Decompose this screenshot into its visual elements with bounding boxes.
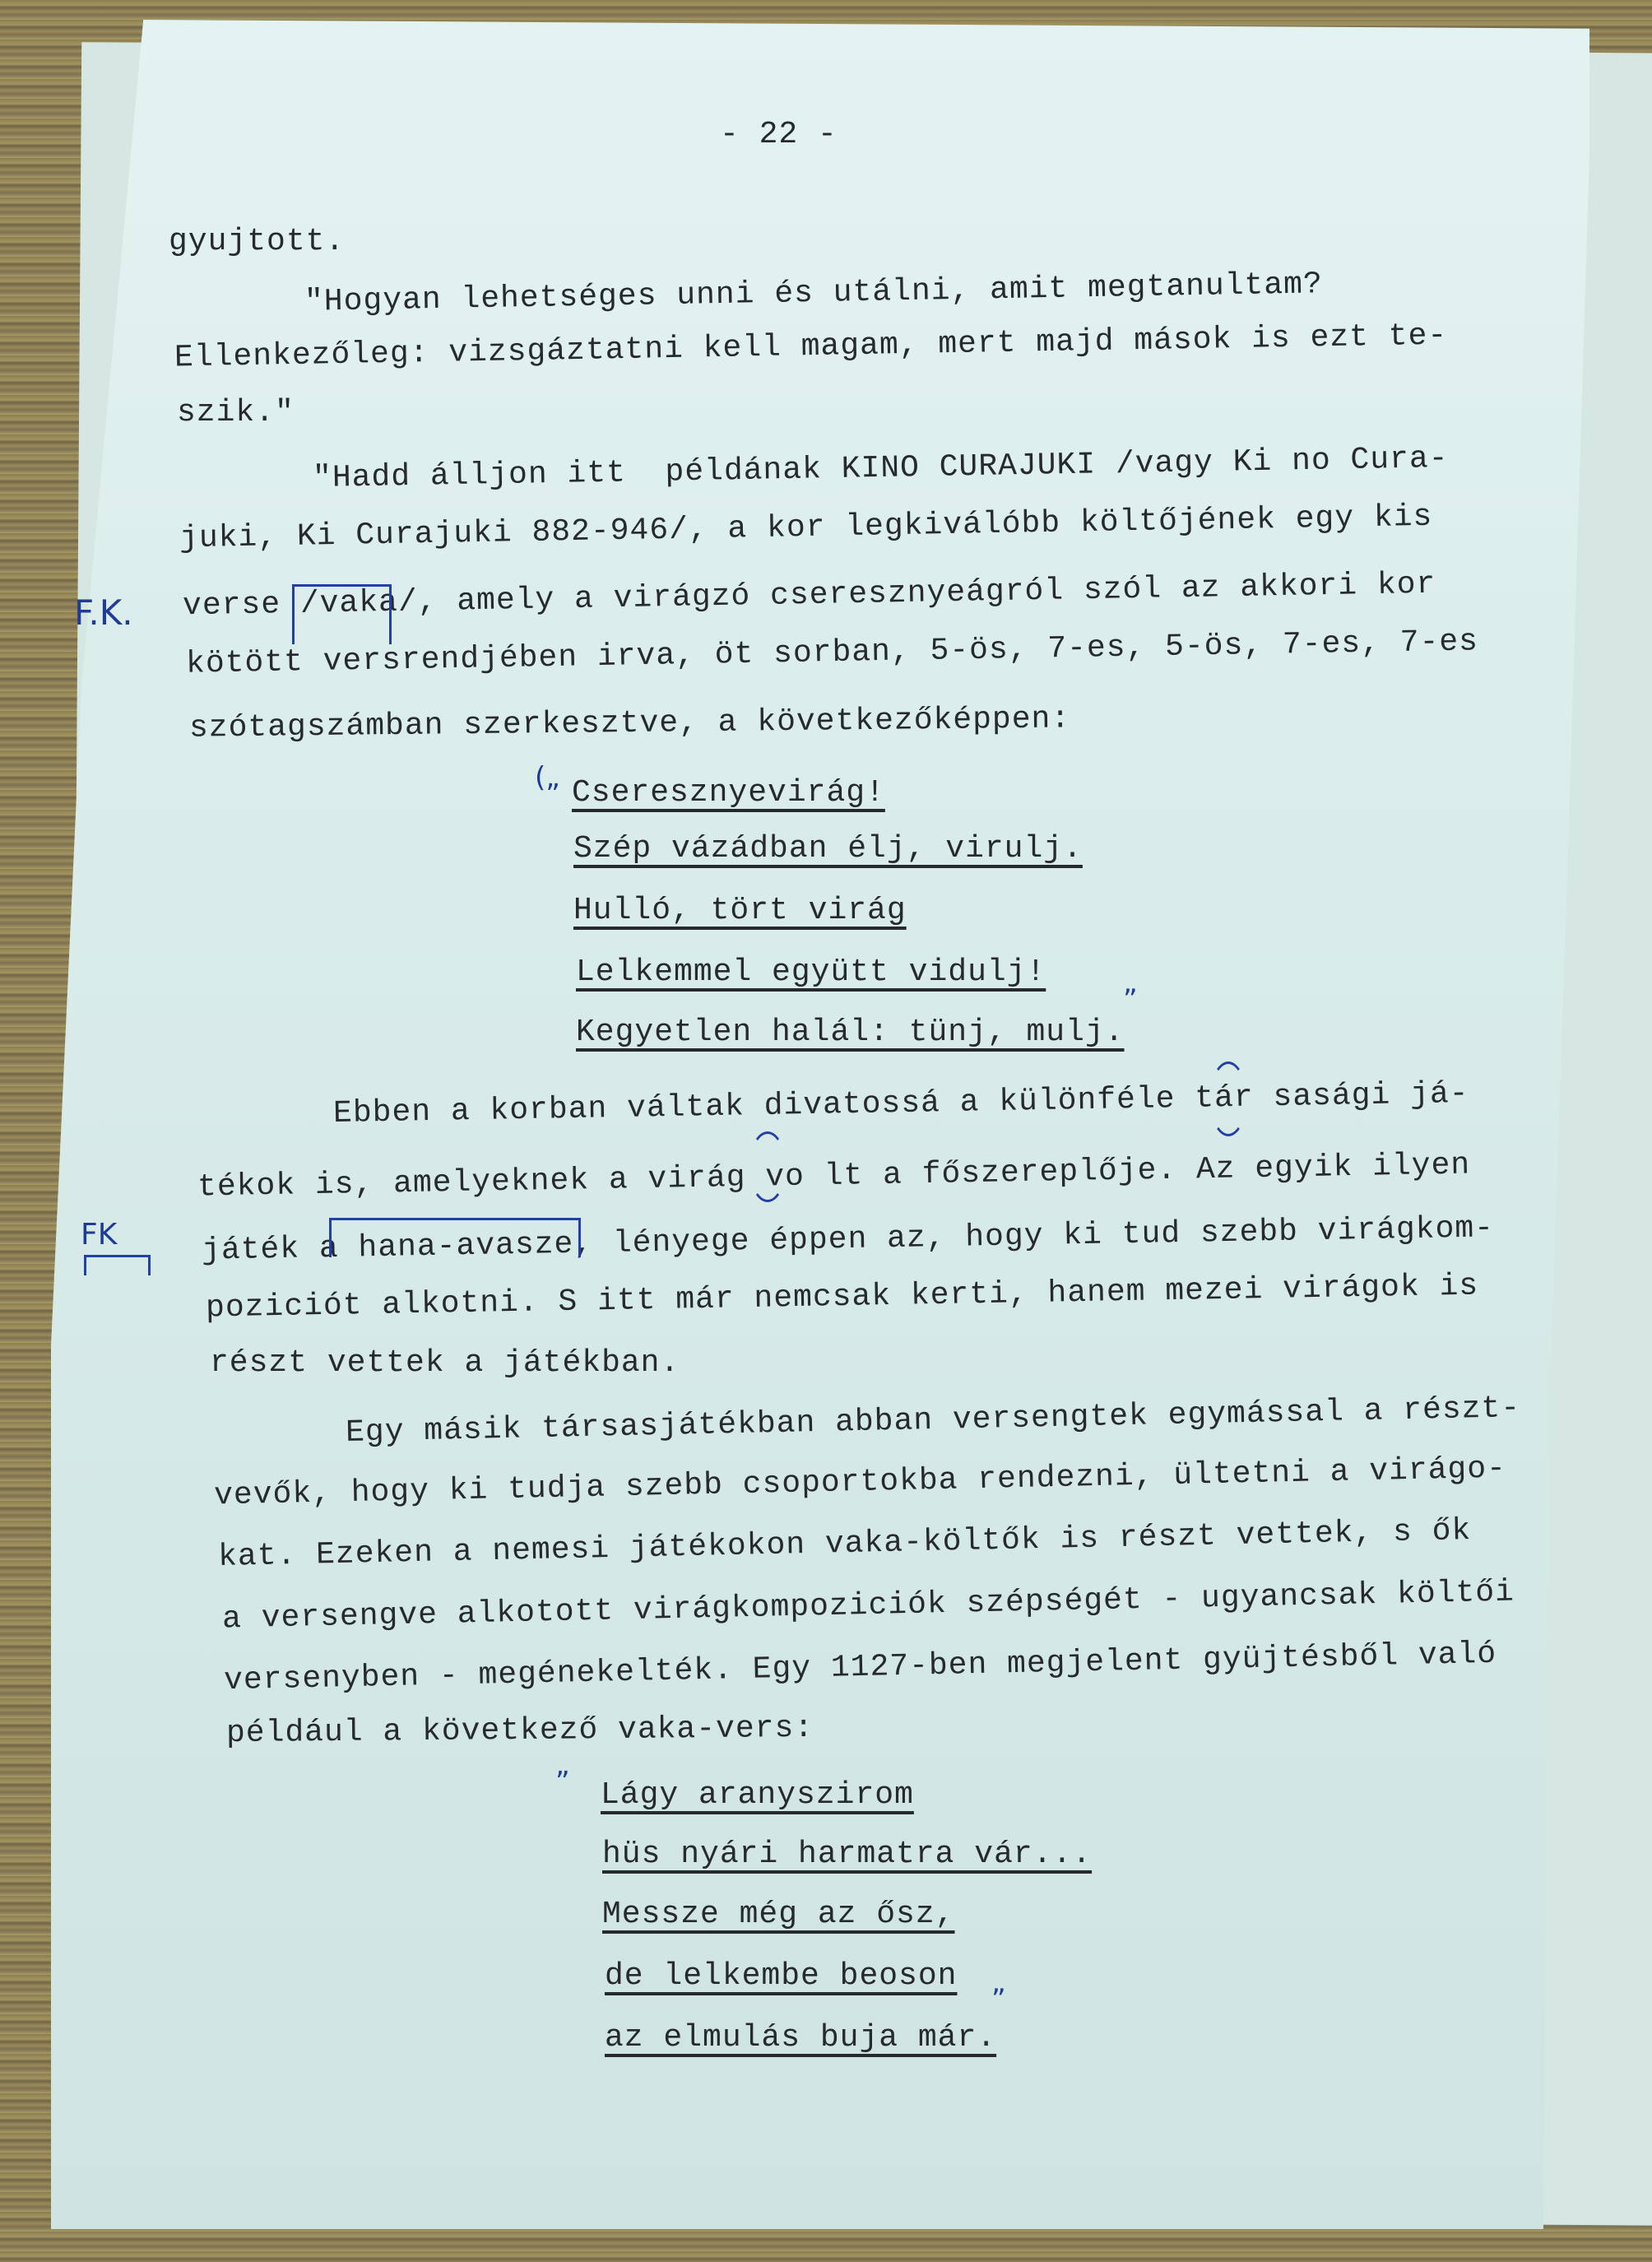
- text-line: részt vettek a játékban.: [210, 1345, 680, 1381]
- poem-line: hüs nyári harmatra vár...: [602, 1837, 1092, 1872]
- poem-line: Hulló, tört virág: [573, 893, 907, 928]
- poem-line: Lágy aranyszirom: [601, 1777, 914, 1813]
- quote-open-mark: „: [555, 1749, 570, 1781]
- quote-open-mark: („: [535, 761, 560, 794]
- quote-close-mark: ”: [1123, 983, 1138, 1016]
- poem-line: Szép vázádban élj, virulj.: [573, 831, 1083, 866]
- quote-close-mark: ”: [991, 1983, 1006, 2016]
- correction-box-hana-avasze: [329, 1218, 581, 1257]
- poem-line: Kegyetlen halál: tünj, mulj.: [576, 1015, 1125, 1050]
- close-up-mark: [1209, 1061, 1247, 1136]
- correction-box-vaka: [292, 584, 392, 644]
- margin-note-fk-2: FK: [81, 1218, 117, 1252]
- poem-line: Cseresznyevirág!: [572, 775, 885, 811]
- page-number: - 22 -: [720, 117, 838, 152]
- poem-line: az elmulás buja már.: [605, 2020, 996, 2055]
- text-line: például a következő vaka-vers:: [226, 1711, 814, 1751]
- poem-line: Lelkemmel együtt vidulj!: [576, 954, 1046, 990]
- margin-note-fk: F.K.: [74, 592, 133, 633]
- poem-line: de lelkembe beoson: [605, 1958, 957, 1994]
- poem-line: Messze még az ősz,: [602, 1897, 954, 1932]
- text-line: szik.": [177, 395, 295, 430]
- margin-bracket: [84, 1255, 151, 1275]
- close-up-mark: [749, 1131, 787, 1202]
- text-line: gyujtott.: [169, 224, 345, 259]
